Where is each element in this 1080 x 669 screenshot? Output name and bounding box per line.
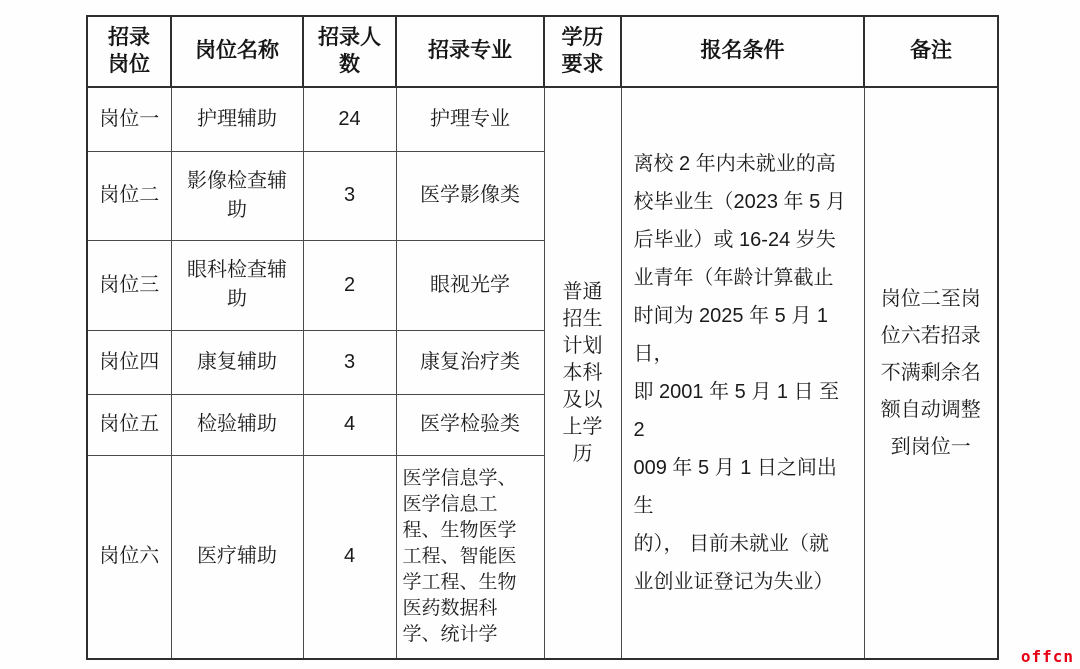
col-header-recruit-post: 招录 岗位: [87, 16, 171, 87]
cell-post: 岗位六: [87, 455, 171, 659]
cell-recruit-major: 眼视光学: [396, 240, 544, 330]
col-header-recruit-major: 招录专业: [396, 16, 544, 87]
header-row: 招录 岗位 岗位名称 招录人 数 招录专业 学历 要求 报名条件 备注: [87, 16, 998, 87]
cell-remarks-merged: 岗位二至岗 位六若招录 不满剩余名 额自动调整 到岗位一: [864, 87, 998, 659]
col-header-education: 学历 要求: [544, 16, 621, 87]
cell-apply-conditions-merged: 离校 2 年内未就业的高 校毕业生（2023 年 5 月 后毕业）或 16-24…: [621, 87, 864, 659]
cell-post: 岗位二: [87, 151, 171, 240]
cell-recruit-count: 4: [303, 394, 396, 455]
cell-post: 岗位四: [87, 330, 171, 394]
cell-recruit-count: 2: [303, 240, 396, 330]
recruitment-table: 招录 岗位 岗位名称 招录人 数 招录专业 学历 要求 报名条件 备注 岗位一 …: [86, 15, 999, 660]
offcn-logo: offcn: [1021, 647, 1074, 666]
cell-recruit-major: 医学信息学、 医学信息工 程、生物医学 工程、智能医 学工程、生物 医药数据科 …: [396, 455, 544, 659]
cell-post-name: 医疗辅助: [171, 455, 303, 659]
col-header-apply-conditions: 报名条件: [621, 16, 864, 87]
col-header-post-name: 岗位名称: [171, 16, 303, 87]
cell-recruit-major: 护理专业: [396, 87, 544, 151]
cell-recruit-count: 3: [303, 151, 396, 240]
cell-recruit-major: 医学影像类: [396, 151, 544, 240]
cell-education-merged: 普通 招生 计划 本科 及以 上学 历: [544, 87, 621, 659]
cell-post: 岗位一: [87, 87, 171, 151]
col-header-recruit-count: 招录人 数: [303, 16, 396, 87]
cell-recruit-major: 康复治疗类: [396, 330, 544, 394]
cell-post-name: 护理辅助: [171, 87, 303, 151]
col-header-remarks: 备注: [864, 16, 998, 87]
cell-post-name: 康复辅助: [171, 330, 303, 394]
cell-post-name: 眼科检查辅 助: [171, 240, 303, 330]
cell-recruit-major: 医学检验类: [396, 394, 544, 455]
cell-recruit-count: 4: [303, 455, 396, 659]
cell-post-name: 检验辅助: [171, 394, 303, 455]
cell-recruit-count: 24: [303, 87, 396, 151]
page-canvas: 招录 岗位 岗位名称 招录人 数 招录专业 学历 要求 报名条件 备注 岗位一 …: [0, 0, 1080, 669]
cell-post-name: 影像检查辅 助: [171, 151, 303, 240]
cell-post: 岗位三: [87, 240, 171, 330]
cell-post: 岗位五: [87, 394, 171, 455]
table-row-post-1: 岗位一 护理辅助 24 护理专业 普通 招生 计划 本科 及以 上学 历 离校 …: [87, 87, 998, 151]
cell-recruit-count: 3: [303, 330, 396, 394]
